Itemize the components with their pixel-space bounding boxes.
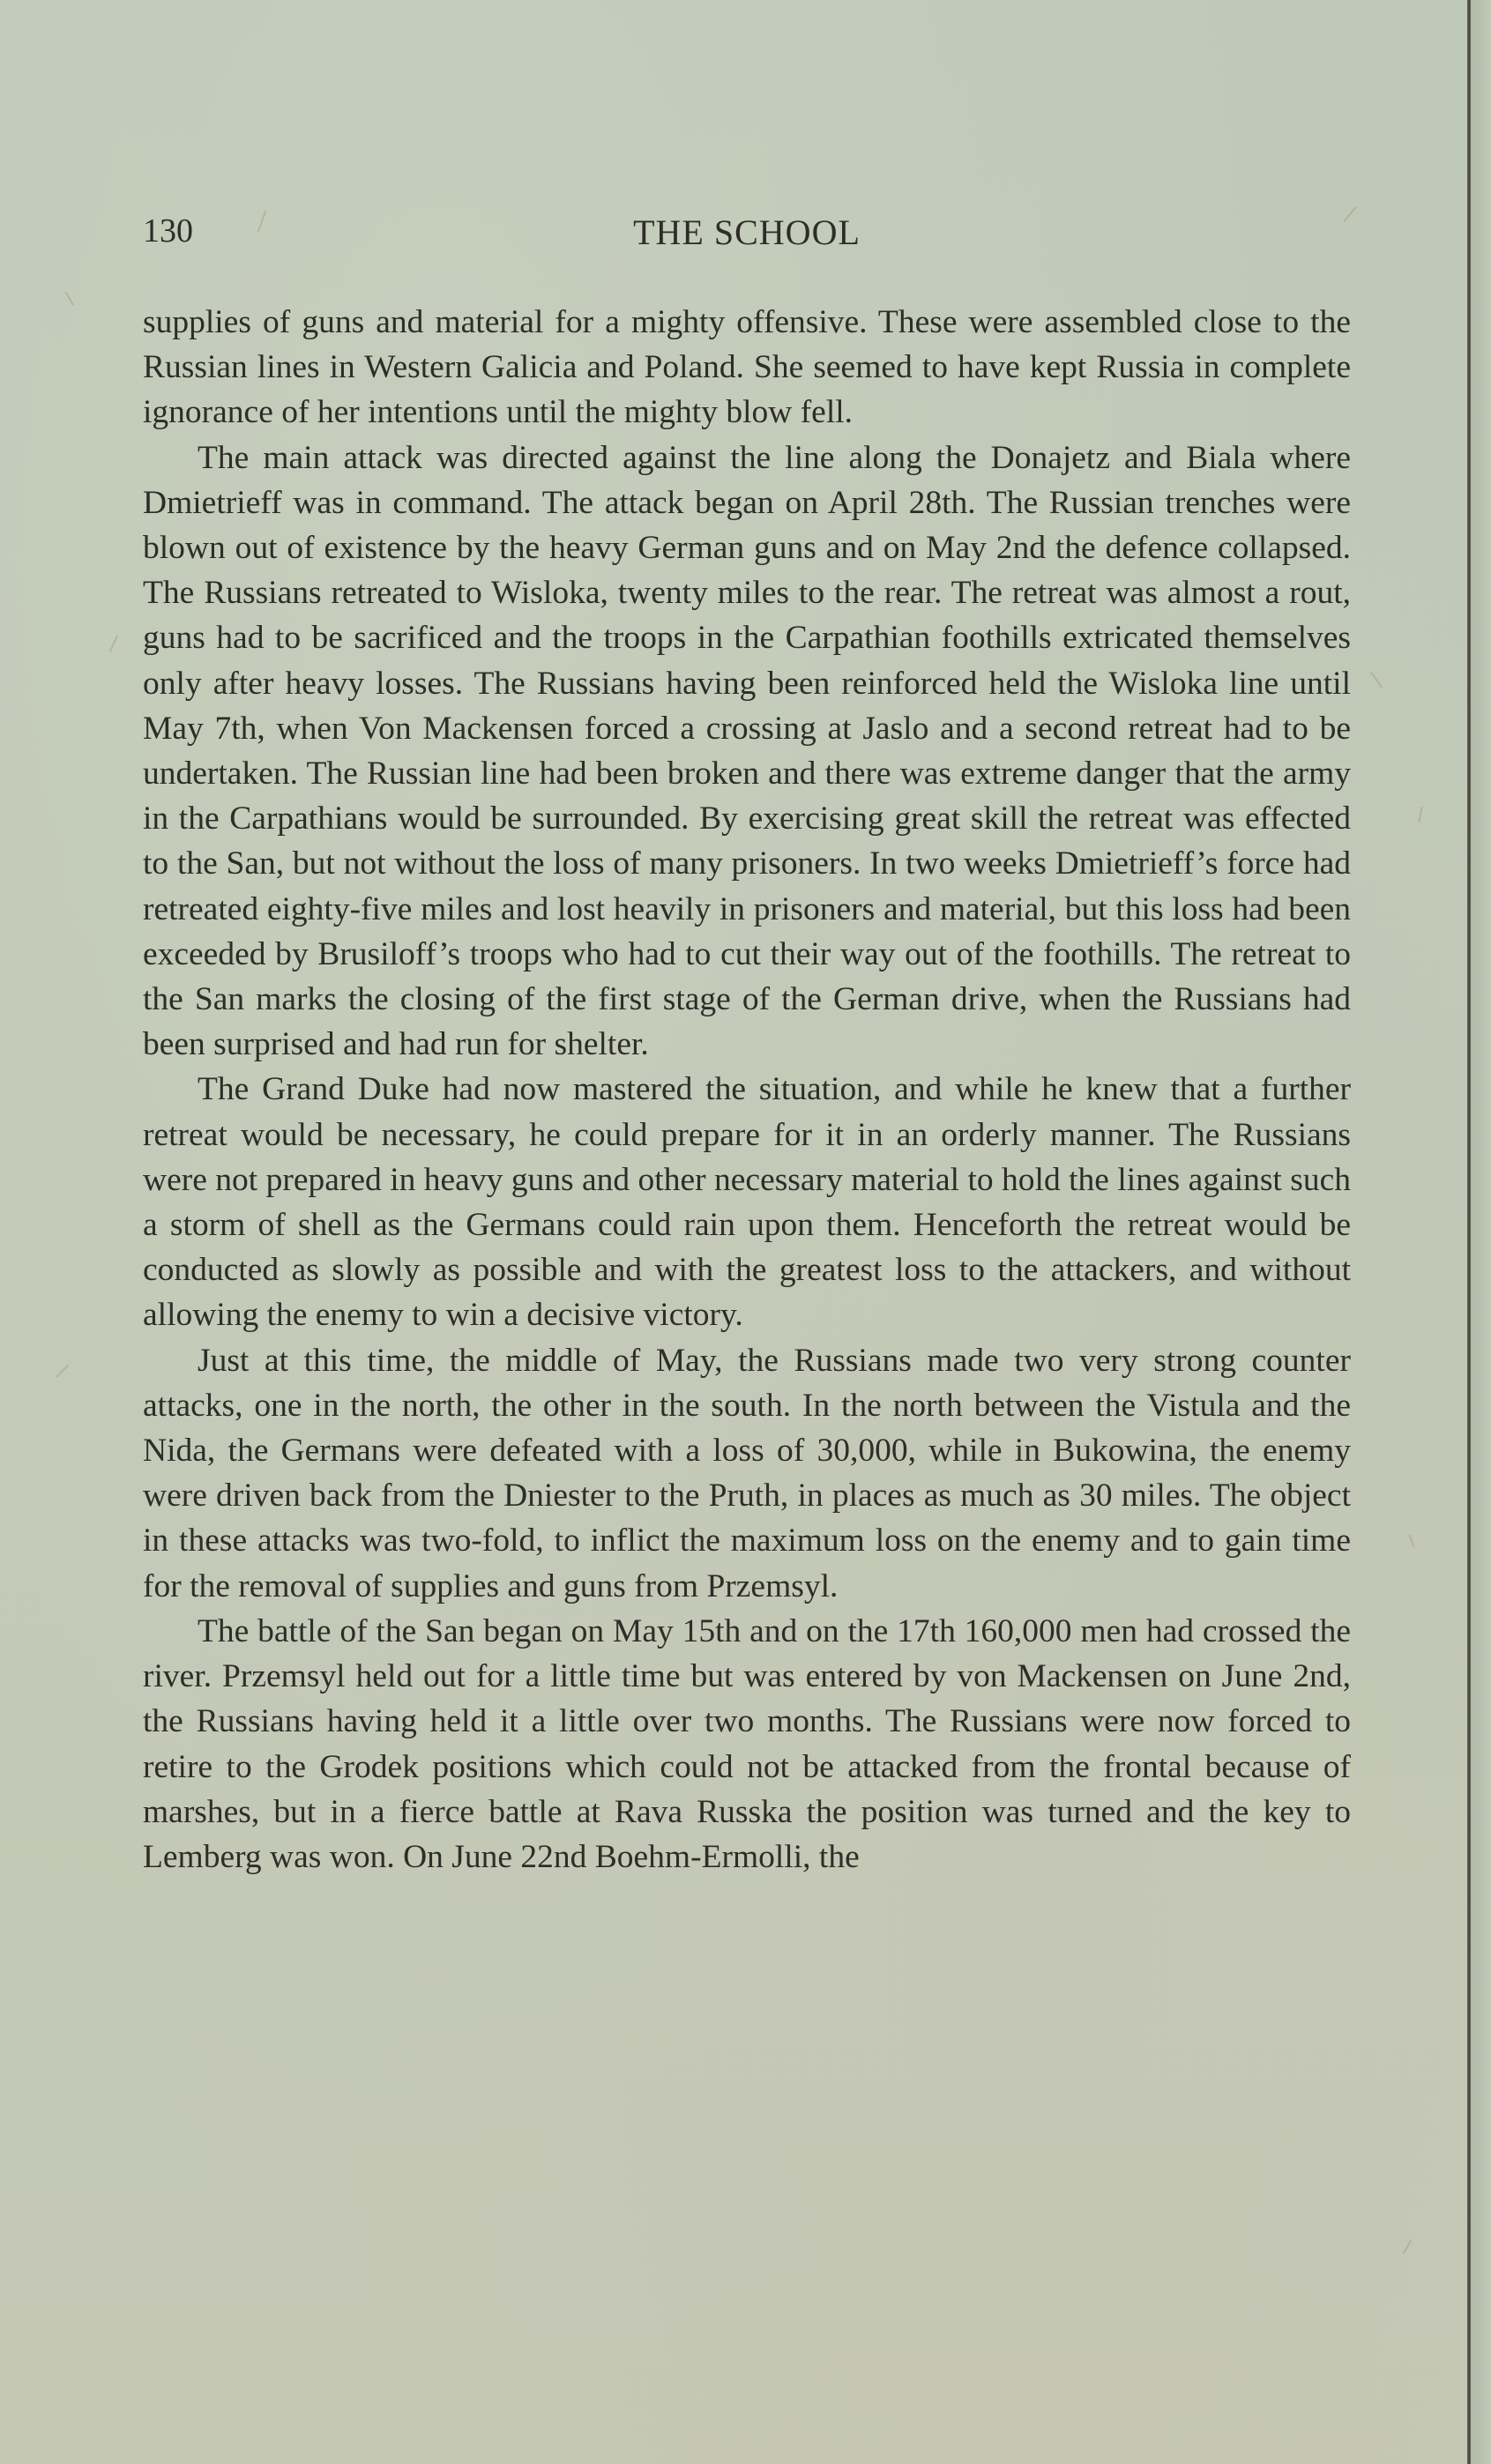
- paragraph-4: Just at this time, the middle of May, th…: [143, 1338, 1351, 1609]
- paragraph-5: The battle of the San began on May 15th …: [143, 1609, 1351, 1880]
- paper-fiber: [109, 636, 118, 652]
- running-title: THE SCHOOL: [143, 212, 1351, 253]
- paragraph-2: The main attack was directed against the…: [143, 435, 1351, 1068]
- paper-fiber: [1403, 2240, 1413, 2255]
- running-header: 130 THE SCHOOL: [143, 212, 1351, 264]
- paragraph-3: The Grand Duke had now mastered the situ…: [143, 1067, 1351, 1337]
- paper-fiber: [1418, 807, 1422, 823]
- paragraph-1: supplies of guns and material for a migh…: [143, 300, 1351, 435]
- paper-fiber: [1408, 1534, 1414, 1548]
- body-text: supplies of guns and material for a migh…: [143, 300, 1351, 1880]
- paper-fiber: [65, 292, 75, 307]
- adjacent-page-edge: [1471, 0, 1491, 2464]
- paper-fiber: [56, 1364, 70, 1378]
- paper-fiber: [1370, 671, 1383, 688]
